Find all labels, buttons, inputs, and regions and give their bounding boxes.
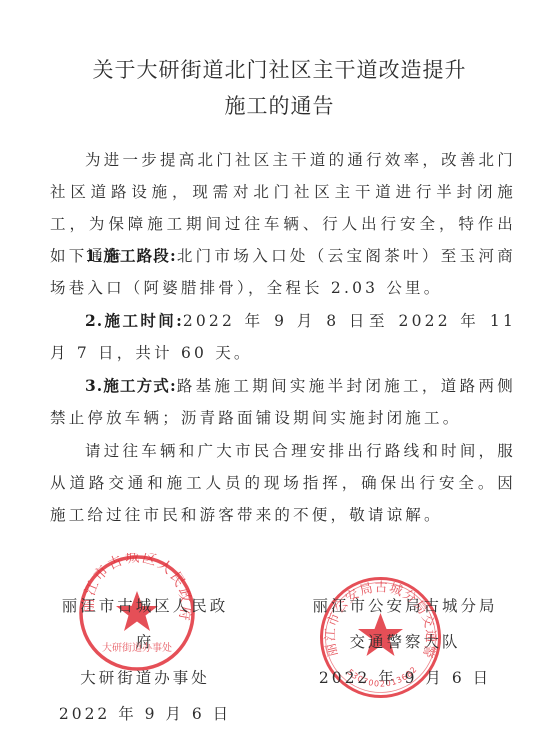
signature-org-line-1: 丽江市古城区人民政府: [55, 588, 235, 660]
signature-org-line-2: 大研街道办事处: [55, 660, 235, 696]
item-construction-section: 1.施工路段:北门市场入口处（云宝阁茶叶）至玉河商场巷入口（阿婆腊排骨），全程长…: [50, 240, 516, 304]
signature-date: 2022 年 9 月 6 日: [305, 660, 505, 696]
item-label: 1.施工路段:: [85, 246, 177, 265]
notice-page: 关于大研街道北门社区主干道改造提升 施工的通告 为进一步提高北门社区主干道的通行…: [0, 0, 559, 753]
item-label: 2.施工时间:: [85, 311, 183, 330]
item-construction-time: 2.施工时间:2022 年 9 月 8 日至 2022 年 11 月 7 日，共…: [50, 305, 516, 369]
notice-title-line-2: 施工的通告: [0, 90, 559, 120]
item-label: 3.施工方式:: [85, 376, 177, 395]
item-construction-method: 3.施工方式:路基施工期间实施半封闭施工，道路两侧禁止停放车辆；沥青路面铺设期间…: [50, 370, 516, 434]
signature-block-right: 丽江市公安局古城分局 交通警察大队 2022 年 9 月 6 日: [305, 588, 505, 696]
signature-org-line-1: 丽江市公安局古城分局: [305, 588, 505, 624]
signature-org-line-2: 交通警察大队: [305, 624, 505, 660]
notice-title-line-1: 关于大研街道北门社区主干道改造提升: [0, 54, 559, 84]
closing-text: 请过往车辆和广大市民合理安排出行路线和时间，服从道路交通和施工人员的现场指挥，确…: [50, 442, 516, 524]
signature-date: 2022 年 9 月 6 日: [55, 696, 235, 732]
signature-block-left: 丽江市古城区人民政府 大研街道办事处 2022 年 9 月 6 日: [55, 588, 235, 732]
closing-paragraph: 请过往车辆和广大市民合理安排出行路线和时间，服从道路交通和施工人员的现场指挥，确…: [50, 435, 516, 531]
